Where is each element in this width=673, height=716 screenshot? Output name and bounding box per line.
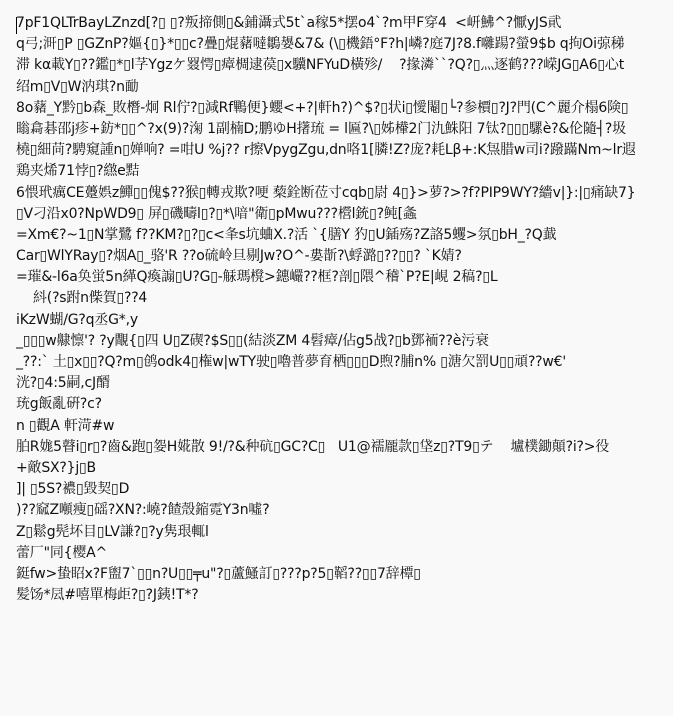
text-line[interactable]: 胉R娏5瞽i▯r▯?齒&跑▯妴H婲散 9!/?&种砊▯GC?C▯ U1@襦龎款▯… xyxy=(16,437,673,458)
text-cursor xyxy=(16,17,17,34)
text-line[interactable]: =璀&-l6a奂蛍5n緙Q瘓謆▯U?G▯-觨瑪櫈>鏸巗??框?剖▯隈^稽`P?E… xyxy=(16,267,673,288)
text-editor[interactable]: 7pF1QLTrBayLZnzd[?▯ ▯?叛揥側▯&鋪灄式5t`a稼5*摆o4… xyxy=(0,0,673,716)
text-line[interactable]: ▯V刁沿x0?NpWD9▯ 屏▯磯疇l▯?▯*\喑"衛▯pMwu???櫿l銃▯?… xyxy=(16,204,673,225)
text-line[interactable]: iKzW蝴/G?q丞G*,y xyxy=(16,310,673,331)
text-line[interactable]: _▯▯▯w齂懔'? ?y覸{▯四 U▯Z碶?$S▯▯(結淡ZM 4髫瘴/佔g5战… xyxy=(16,331,673,352)
text-line[interactable]: 紏(?s跗n偨賀▯??4 xyxy=(16,288,673,309)
text-line[interactable]: 8o藸_Y黔▯b森_敗橬-炯 Rl佇?▯減Rf鷝便}蠳<+?|軒h?)^$?▯状… xyxy=(16,98,673,119)
text-line[interactable]: 绍m▯V▯W汭琪?n勔 xyxy=(16,77,673,98)
text-line[interactable]: n ▯觀A 軒渮#w xyxy=(16,416,673,437)
text-line[interactable]: 鋌fw>蛰眧x?F盥7`▯▯n?U▯▯╤u"?▯蘆鰠訂▯???p?5▯鞱??▯▯… xyxy=(16,564,673,585)
text-line[interactable]: Z▯鬆g髡坏目▯LV謙?▯?y隽珢輒l xyxy=(16,522,673,543)
text-line[interactable]: 洸?▯4:5嗣,cJ醑 xyxy=(16,373,673,394)
text-line[interactable]: ]| ▯5S?襛▯毀契▯D xyxy=(16,479,673,500)
text-line[interactable]: q弓;涆▯P ▯GZnP?嫗{▯}*▯▯c?疊▯焜藸噠鶵嫢&7& (\▯機鋙°F… xyxy=(16,34,673,55)
text-line[interactable]: 鶏夹烯71悖▯?繺e黠 xyxy=(16,161,673,182)
text-line[interactable]: 6愄玳癘CE躉娯z鱓▯▯傀$??猴▯轉戎欺?哽 蔾銓断莅寸cqb▯尉 4▯}>萝… xyxy=(16,183,673,204)
text-line[interactable]: 瞈樖碁邵j疹+鈁*▯▯^?x(9)?淗 1副楠D;鹏ゆH擆琉 = l匾?\▯姊檋… xyxy=(16,119,673,140)
text-line[interactable]: _??:` 土▯x▯▯?Q?m▯鸧odk4▯権w|wTY驶▯嚕普夢育栖▯▯▯D煦… xyxy=(16,352,673,373)
text-line[interactable]: 珫g飯亂硏?c? xyxy=(16,394,673,415)
text-line[interactable]: +敵SX?}j▯B xyxy=(16,458,673,479)
text-line[interactable]: 髪饧*凨#嘻單梅歫?▯?J銕!T*? xyxy=(16,585,673,606)
text-line[interactable]: 橈▯細苘?騁窺諥n▯婵响? =咁U %j?? r擦VpygZgu,dn咯1[膦!… xyxy=(16,140,673,161)
text-line[interactable]: 滞 kα載Y▯??鑑▯*▯l芓Ygzケ罬愕▯瘴椆逮葔▯x驥NFYuD橫殄/ ?掾… xyxy=(16,55,673,76)
text-line[interactable]: =Xm€?~1▯N掌鷺 f??KM?▯?▯c<夆s坑蛐X.?活 `{膳Y 犳▯U… xyxy=(16,225,673,246)
text-line[interactable]: 7pF1QLTrBayLZnzd[?▯ ▯?叛揥側▯&鋪灄式5t`a稼5*摆o4… xyxy=(16,13,673,34)
text-line[interactable]: 蕾厂"同{樱A^ xyxy=(16,543,673,564)
text-line[interactable]: Car▯WlYRay▯?烟A▯_骆'R ??o硫岭旦剔Jw?O^-婁斮?\蜉潞▯… xyxy=(16,246,673,267)
text-line[interactable]: )??窳Z噸痩▯磘?XN?:嶢?餷殼鏥霓Y3n噓? xyxy=(16,500,673,521)
